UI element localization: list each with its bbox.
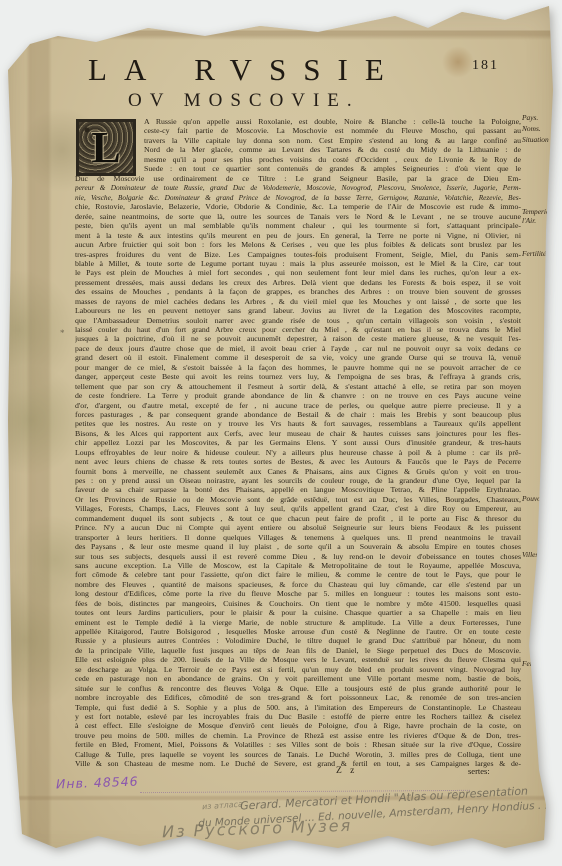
catchword: sertes:	[468, 766, 490, 776]
body-line: nent avec leurs chiens de chasse & rets …	[75, 457, 521, 466]
body-line: toutes ont leurs Jardins particuliers, p…	[75, 608, 521, 617]
body-line: Loups effroyables de leur noire & hideus…	[75, 448, 521, 457]
body-line: pace de deux jours d'autre chose que de …	[75, 344, 521, 353]
body-line: appellée Kitaigorod, l'autre Bolsigorod …	[75, 627, 521, 636]
body-line: pes : on y prend aussi un Oiseau noirast…	[75, 476, 521, 485]
pencil-mark: *	[60, 328, 65, 338]
inventory-dotted-line	[140, 790, 470, 793]
body-line: forces pasturages , & par consequent gra…	[75, 410, 521, 419]
margin-note-villes: Villes.	[522, 551, 560, 560]
body-line: petites que les nostres. Au reste on y t…	[75, 419, 521, 428]
body-line: commandement duquel ils sont subjects , …	[75, 514, 521, 523]
body-line: Ville & son Chasteau de mesme nom. Le Du…	[75, 759, 521, 768]
quire-signature: Z z	[336, 766, 357, 776]
body-line: mesme qu'il a pour ses plus proches vois…	[144, 155, 521, 164]
body-line: derée, saine neantmoins, de sorte que là…	[75, 212, 521, 221]
body-line: jusques à la poictrine, d'où il ne se po…	[75, 334, 521, 343]
body-line: des Paysans , & leur oste mesme quand il…	[75, 542, 521, 551]
body-line: nie, Vesche, Bolgarie &c. Dominateur & g…	[75, 193, 521, 202]
body-line: tres-aspres froidures du vent de Bize. L…	[75, 250, 521, 259]
body-line: fées de bois, distinctes par mangeoirs, …	[75, 599, 521, 608]
margin-note-noms: Noms.	[522, 125, 560, 134]
body-line: Prince. N'y a aucun Duc ni Compte qui ay…	[75, 523, 521, 532]
body-line: tellement que par son cry & attouchement…	[75, 382, 521, 391]
body-line: de ceste fondriere. La Terre y produit g…	[75, 391, 521, 400]
body-text-first-lines: A Russie qu'on appelle aussi Roxolanie, …	[144, 117, 521, 174]
body-line: d'or, d'argent, ou d'autre metal, except…	[75, 401, 521, 410]
body-line: Laboureurs ne les en peuvent nettoyer sa…	[75, 306, 521, 315]
body-line: située sur le conflus & rencontre des fl…	[75, 684, 521, 693]
body-line: des essains de Mouches , pendants à la f…	[75, 287, 521, 296]
body-line: à cest effect. Elle s'esloigne de Mosque…	[75, 721, 521, 730]
scan-background: LA RVSSIE 181 OV MOSCOVIE. L A Russie qu…	[0, 0, 562, 866]
body-line: fournit bons à merveille, ne chassent se…	[75, 467, 521, 476]
body-line: Suede : en tout ce quartier sont contenu…	[144, 164, 521, 173]
scanned-page-screenshot: { "page": { "title": "LA RVSSIE", "page_…	[0, 0, 562, 866]
body-line: nombre incroyable des Edifices, cômodité…	[75, 693, 521, 702]
inventory-number-inscription: Инв. 48546	[56, 774, 139, 792]
body-line: ment à la teste & aux intestins qu'ils m…	[75, 231, 521, 240]
margin-note-pays: Pays.	[522, 114, 560, 123]
body-line: y est fort notable, eslevé par les incro…	[75, 712, 521, 721]
body-line: Nord de la Mer glacée, comme au Levant d…	[144, 145, 521, 154]
body-line: Elle est esloignée plus de 200. lieuës d…	[75, 655, 521, 664]
page-number: 181	[472, 58, 499, 74]
page-subtitle: OV MOSCOVIE.	[128, 90, 468, 112]
body-line: que l'Ambassadeur Demetrius souloit narr…	[75, 316, 521, 325]
body-line: trouve peu moins de 500. milles de chemi…	[75, 731, 521, 740]
body-line: laissé couler du haut d'un fort grand Ar…	[75, 325, 521, 334]
body-text-block: Duc de Moscovie use ordinairement de ce …	[75, 174, 521, 769]
aged-paper-sheet: LA RVSSIE 181 OV MOSCOVIE. L A Russie qu…	[0, 0, 562, 866]
body-line: transporter à leurs heritiers. Il donne …	[75, 533, 521, 542]
margin-note-pouvoir: Pouvoir.	[522, 495, 560, 504]
body-line: de la principale Ville, laquelle fust ju…	[75, 646, 521, 655]
body-line: nombre des Fleuves , quantité de maisons…	[75, 580, 521, 589]
body-line: Duc de Moscovie use ordinairement de ce …	[75, 174, 521, 183]
body-line: Temple, qui fust dedié à S. Sophie y a p…	[75, 703, 521, 712]
body-line: pour manger de ce miel, & s'estoit baiss…	[75, 363, 521, 372]
body-line: Or les Provinces de Russie ou de Moscovi…	[75, 495, 521, 504]
body-line: ceste-cy fait partie de Moscovie. La Mos…	[144, 126, 521, 135]
body-line: Villages, Forests, Champs, Lacs, Fleuves…	[75, 504, 521, 513]
body-line: Bisons, & les Alces qui rapportent aux C…	[75, 429, 521, 438]
body-line: A Russie qu'on appelle aussi Roxolanie, …	[144, 117, 521, 126]
body-line: fertile en Bled, Froment, Miel, Poissons…	[75, 740, 521, 749]
pencil-note-small: из атласа	[202, 800, 243, 812]
body-line: fort cômode & celebre tant pour l'assiet…	[75, 570, 521, 579]
pencil-note-line2: du Monde universel ... Ed. nouvelle, Ams…	[198, 798, 562, 830]
body-line: pereur & Dominateur de toute Russie, gra…	[75, 183, 521, 192]
body-line: masses de rayons de miel cachées dedans …	[75, 297, 521, 306]
body-line: cede en pasturage non en abondance de gr…	[75, 674, 521, 683]
body-line: blable à Millet, & toute sorte de Legume…	[75, 259, 521, 268]
drop-cap-letter: L	[91, 126, 120, 170]
body-line: faveur de sa chair surpasse la bonté des…	[75, 485, 521, 494]
body-line: Russie y a plusieurs autres Contrées : V…	[75, 636, 521, 645]
margin-note-fertilite-1: Fertilité.	[522, 250, 560, 259]
body-line: sans aucune exception. La Ville de Mosco…	[75, 561, 521, 570]
margin-note-situation: Situation	[522, 136, 560, 145]
pencil-note-line1: Gerard. Mercatori et Hondii "Atlas ou re…	[240, 784, 528, 812]
body-line: le Pays est plein de Mouches à miel fort…	[75, 268, 521, 277]
woodcut-initial-L: L	[76, 119, 136, 176]
body-line: grand desert où il estoit. Finalement co…	[75, 353, 521, 362]
body-line: sur tous ses subjects, desquels aussi il…	[75, 552, 521, 561]
body-line: chie, Rostovie, Jaroslavie, Belazerie, V…	[75, 202, 521, 211]
margin-note-fertilite-2: Fertilité.	[522, 660, 560, 669]
body-line: peste, bien qu'ils ayent un mal semblabl…	[75, 221, 521, 230]
body-line: danger, apperçeut ceste Beste qui avoit …	[75, 372, 521, 381]
body-line: Calluge & Tulle, pres laquelle se voyent…	[75, 750, 521, 759]
body-line: aucun Arbre fruictier qui soit bon : for…	[75, 240, 521, 249]
body-line: se descharge au Volga. Le Terroir de ce …	[75, 665, 521, 674]
body-line: travers la Ville capitale luy donna son …	[144, 136, 521, 145]
body-line: chir appellez Lozzi par les Moscovites, …	[75, 438, 521, 447]
pencil-note-cyrillic: Из Русского Музея	[162, 816, 353, 842]
body-line: pressement dressées, mais aussi dedans l…	[75, 278, 521, 287]
margin-note-temperie: Temperie de l'Air.	[522, 208, 560, 225]
page-title: LA RVSSIE	[88, 52, 488, 88]
body-line: eminent est le Temple dedié à la vierge …	[75, 618, 521, 627]
body-line: long destour d'Edifices, côme porte la r…	[75, 589, 521, 598]
